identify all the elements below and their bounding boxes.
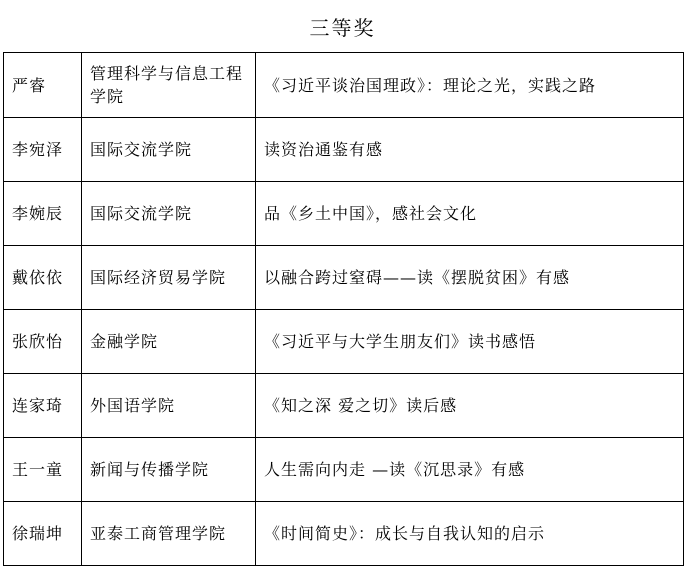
college-name: 外国语学院: [82, 374, 256, 438]
table-row: 李宛泽 国际交流学院 读资治通鉴有感: [4, 118, 684, 182]
table-row: 戴依依 国际经济贸易学院 以融合跨过窒碍——读《摆脱贫困》有感: [4, 246, 684, 310]
winner-name: 张欣怡: [4, 310, 82, 374]
college-name: 管理科学与信息工程学院: [82, 53, 256, 118]
table-row: 王一童 新闻与传播学院 人生需向内走 —读《沉思录》有感: [4, 438, 684, 502]
college-name: 亚泰工商管理学院: [82, 502, 256, 566]
winner-name: 连家琦: [4, 374, 82, 438]
winner-name: 戴依依: [4, 246, 82, 310]
college-name: 国际交流学院: [82, 182, 256, 246]
table-row: 严睿 管理科学与信息工程学院 《习近平谈治国理政》：理论之光，实践之路: [4, 53, 684, 118]
college-name: 国际交流学院: [82, 118, 256, 182]
essay-title: 《习近平与大学生朋友们》读书感悟: [256, 310, 684, 374]
page-title: 三等奖: [0, 12, 685, 41]
essay-title: 《习近平谈治国理政》：理论之光，实践之路: [256, 53, 684, 118]
table-row: 张欣怡 金融学院 《习近平与大学生朋友们》读书感悟: [4, 310, 684, 374]
college-name: 国际经济贸易学院: [82, 246, 256, 310]
essay-title: 读资治通鉴有感: [256, 118, 684, 182]
winner-name: 王一童: [4, 438, 82, 502]
winner-name: 李宛泽: [4, 118, 82, 182]
college-name: 金融学院: [82, 310, 256, 374]
essay-title: 《时间简史》：成长与自我认知的启示: [256, 502, 684, 566]
essay-title: 人生需向内走 —读《沉思录》有感: [256, 438, 684, 502]
essay-title: 品《乡土中国》，感社会文化: [256, 182, 684, 246]
awards-table: 严睿 管理科学与信息工程学院 《习近平谈治国理政》：理论之光，实践之路 李宛泽 …: [3, 52, 684, 566]
winner-name: 徐瑞坤: [4, 502, 82, 566]
table-row: 徐瑞坤 亚泰工商管理学院 《时间简史》：成长与自我认知的启示: [4, 502, 684, 566]
college-name: 新闻与传播学院: [82, 438, 256, 502]
winner-name: 李婉辰: [4, 182, 82, 246]
table-row: 李婉辰 国际交流学院 品《乡土中国》，感社会文化: [4, 182, 684, 246]
essay-title: 以融合跨过窒碍——读《摆脱贫困》有感: [256, 246, 684, 310]
essay-title: 《知之深 爱之切》读后感: [256, 374, 684, 438]
winner-name: 严睿: [4, 53, 82, 118]
table-row: 连家琦 外国语学院 《知之深 爱之切》读后感: [4, 374, 684, 438]
